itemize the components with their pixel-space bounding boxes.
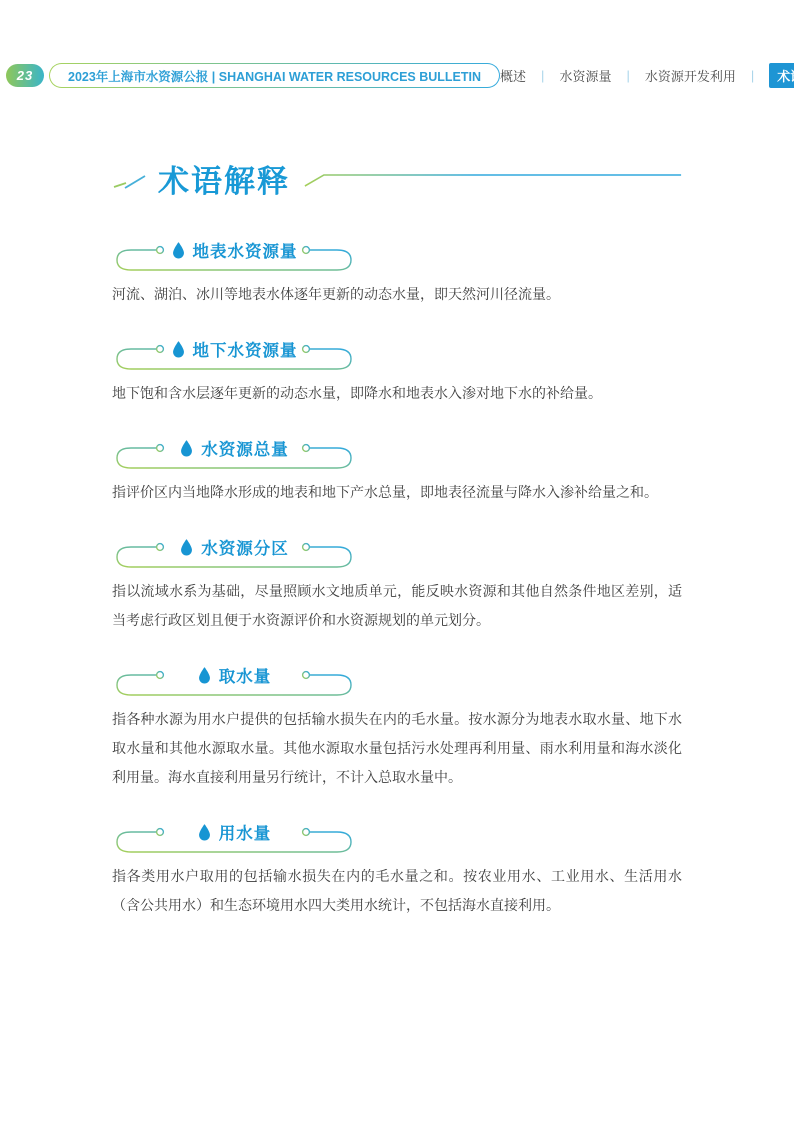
term-name: 地表水资源量 [193, 238, 298, 262]
term-label: 取水量 [112, 663, 356, 687]
title-underline-decoration [304, 170, 682, 188]
term-name: 水资源总量 [201, 436, 289, 460]
term-label: 地下水资源量 [112, 337, 356, 361]
nav-item[interactable]: 概述 [500, 66, 526, 85]
nav-separator: | [541, 68, 544, 83]
nav-item[interactable]: 水资源开发利用 [645, 66, 736, 85]
main-content: 术语解释 [112, 151, 682, 920]
term-definition: 指评价区内当地降水形成的地表和地下产水总量，即地表径流量与降水入渗补给量之和。 [112, 478, 682, 507]
water-drop-icon [197, 823, 212, 842]
page-title: 术语解释 [158, 166, 290, 197]
document-page: 23 2023年上海市水资源公报 | SHANGHAI WATER RESOUR… [0, 0, 794, 1123]
check-mark-icon [112, 174, 148, 191]
term-label: 水资源分区 [112, 535, 356, 559]
term-definition: 指各类用水户取用的包括输水损失在内的毛水量之和。按农业用水、工业用水、生活用水（… [112, 862, 682, 920]
nav-item-active[interactable]: 术语解释 [769, 63, 794, 88]
term-header: 用水量 [112, 819, 356, 855]
term-label: 用水量 [112, 820, 356, 844]
water-drop-icon [179, 439, 194, 458]
section-title-row: 术语解释 [112, 151, 682, 197]
term-label: 地表水资源量 [112, 238, 356, 262]
term-name: 用水量 [219, 820, 272, 844]
nav-separator: | [751, 68, 754, 83]
term-header: 水资源总量 [112, 435, 356, 471]
term-name: 水资源分区 [201, 535, 289, 559]
term-definition: 指各种水源为用水户提供的包括输水损失在内的毛水量。按水源分为地表水取水量、地下水… [112, 705, 682, 792]
term-item: 地表水资源量 河流、湖泊、冰川等地表水体逐年更新的动态水量，即天然河川径流量。 [112, 237, 682, 309]
bulletin-title-pill: 2023年上海市水资源公报 | SHANGHAI WATER RESOURCES… [49, 63, 500, 88]
term-label: 水资源总量 [112, 436, 356, 460]
term-item: 水资源分区 指以流域水系为基础，尽量照顾水文地质单元，能反映水资源和其他自然条件… [112, 534, 682, 635]
term-header: 地表水资源量 [112, 237, 356, 273]
water-drop-icon [197, 666, 212, 685]
bulletin-title: 2023年上海市水资源公报 | SHANGHAI WATER RESOURCES… [50, 64, 499, 87]
term-definition: 指以流域水系为基础，尽量照顾水文地质单元，能反映水资源和其他自然条件地区差别，适… [112, 577, 682, 635]
water-drop-icon [171, 241, 186, 260]
term-item: 用水量 指各类用水户取用的包括输水损失在内的毛水量之和。按农业用水、工业用水、生… [112, 819, 682, 920]
term-name: 地下水资源量 [193, 337, 298, 361]
header-nav: 概述 | 水资源量 | 水资源开发利用 | 术语解释 [500, 63, 794, 88]
page-header: 23 2023年上海市水资源公报 | SHANGHAI WATER RESOUR… [0, 0, 794, 88]
term-item: 取水量 指各种水源为用水户提供的包括输水损失在内的毛水量。按水源分为地表水取水量… [112, 662, 682, 792]
term-item: 地下水资源量 地下饱和含水层逐年更新的动态水量，即降水和地表水入渗对地下水的补给… [112, 336, 682, 408]
water-drop-icon [171, 340, 186, 359]
page-number-badge: 23 [6, 64, 44, 87]
term-header: 地下水资源量 [112, 336, 356, 372]
term-header: 取水量 [112, 662, 356, 698]
terms-list: 地表水资源量 河流、湖泊、冰川等地表水体逐年更新的动态水量，即天然河川径流量。 [112, 237, 682, 920]
term-definition: 地下饱和含水层逐年更新的动态水量，即降水和地表水入渗对地下水的补给量。 [112, 379, 682, 408]
term-definition: 河流、湖泊、冰川等地表水体逐年更新的动态水量，即天然河川径流量。 [112, 280, 682, 309]
term-name: 取水量 [219, 663, 272, 687]
term-item: 水资源总量 指评价区内当地降水形成的地表和地下产水总量，即地表径流量与降水入渗补… [112, 435, 682, 507]
term-header: 水资源分区 [112, 534, 356, 570]
nav-separator: | [626, 68, 629, 83]
water-drop-icon [179, 538, 194, 557]
nav-item[interactable]: 水资源量 [559, 66, 611, 85]
